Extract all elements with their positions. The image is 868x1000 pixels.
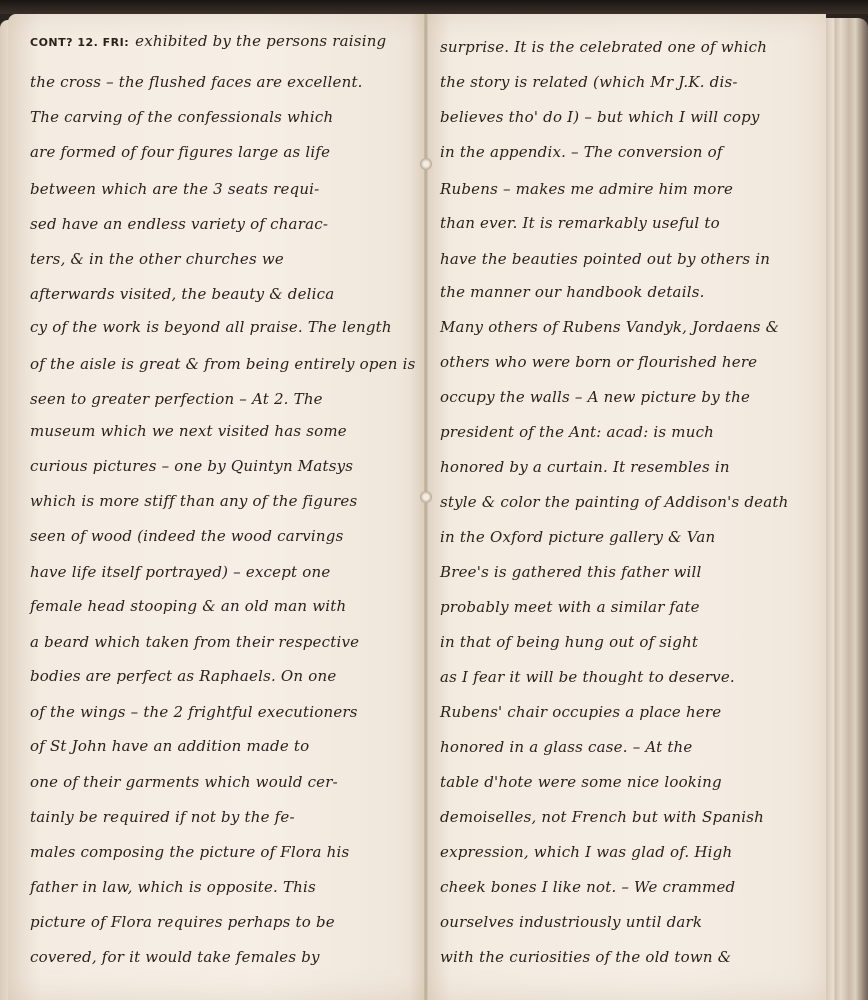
- text-line: bodies are perfect as Raphaels. On one: [30, 667, 336, 685]
- text-line: ourselves industriously until dark: [440, 913, 702, 931]
- right-page-edges: [826, 18, 868, 1000]
- text-line: Many others of Rubens Vandyk, Jordaens &: [440, 318, 779, 336]
- text-line: others who were born or flourished here: [440, 353, 757, 371]
- text-line: seen of wood (indeed the wood carvings: [30, 527, 344, 545]
- text-line: cy of the work is beyond all praise. The…: [30, 318, 392, 336]
- binding-stitch: [420, 491, 432, 503]
- text-line: president of the Ant: acad: is much: [440, 423, 714, 441]
- text-line: table d'hote were some nice looking: [440, 773, 722, 791]
- text-line: in the Oxford picture gallery & Van: [440, 528, 715, 546]
- entry-date-heading: CONT? 12. FRI:: [30, 36, 129, 49]
- text-line: cheek bones I like not. – We crammed: [440, 878, 735, 896]
- text-line: which is more stiff than any of the figu…: [30, 492, 357, 510]
- text-line: with the curiosities of the old town &: [440, 948, 731, 966]
- text-line: museum which we next visited has some: [30, 422, 347, 440]
- text-line: between which are the 3 seats requi-: [30, 180, 319, 198]
- text-line: The carving of the confessionals which: [30, 108, 333, 126]
- text-line: female head stooping & an old man with: [30, 597, 346, 615]
- text-line: tainly be required if not by the fe-: [30, 808, 295, 826]
- text-line: honored by a curtain. It resembles in: [440, 458, 730, 476]
- text-line: have life itself portrayed) – except one: [30, 563, 330, 581]
- text-line: in the appendix. – The conversion of: [440, 143, 723, 161]
- text-line: style & color the painting of Addison's …: [440, 493, 788, 511]
- text-line: than ever. It is remarkably useful to: [440, 214, 720, 232]
- text-line: the story is related (which Mr J.K. dis-: [440, 73, 738, 91]
- text-line: have the beauties pointed out by others …: [440, 250, 770, 268]
- text-line: CONT? 12. FRI:exhibited by the persons r…: [30, 32, 386, 50]
- text-line: Rubens' chair occupies a place here: [440, 703, 721, 721]
- text-line-content: exhibited by the persons raising: [135, 32, 386, 50]
- text-line: ters, & in the other churches we: [30, 250, 284, 268]
- text-line: covered, for it would take females by: [30, 948, 320, 966]
- text-line: Rubens – makes me admire him more: [440, 180, 733, 198]
- text-line: males composing the picture of Flora his: [30, 843, 349, 861]
- text-line: of the wings – the 2 frightful execution…: [30, 703, 358, 721]
- text-line: sed have an endless variety of charac-: [30, 215, 328, 233]
- text-line: honored in a glass case. – At the: [440, 738, 693, 756]
- text-line: in that of being hung out of sight: [440, 633, 698, 651]
- text-line: believes tho' do I) – but which I will c…: [440, 108, 760, 126]
- text-line: one of their garments which would cer-: [30, 773, 338, 791]
- text-line: of St John have an addition made to: [30, 737, 309, 755]
- text-line: the manner our handbook details.: [440, 283, 705, 301]
- text-line: a beard which taken from their respectiv…: [30, 633, 359, 651]
- text-line: as I fear it will be thought to deserve.: [440, 668, 735, 686]
- text-line: curious pictures – one by Quintyn Matsys: [30, 457, 353, 475]
- binding-stitch: [420, 158, 432, 170]
- text-line: occupy the walls – A new picture by the: [440, 388, 750, 406]
- text-line: probably meet with a similar fate: [440, 598, 700, 616]
- text-line: Bree's is gathered this father will: [440, 563, 702, 581]
- text-line: picture of Flora requires perhaps to be: [30, 913, 335, 931]
- text-line: afterwards visited, the beauty & delica: [30, 285, 334, 303]
- text-line: of the aisle is great & from being entir…: [30, 355, 415, 373]
- text-line: father in law, which is opposite. This: [30, 878, 316, 896]
- text-line: expression, which I was glad of. High: [440, 843, 732, 861]
- text-line: surprise. It is the celebrated one of wh…: [440, 38, 767, 56]
- text-line: are formed of four figures large as life: [30, 143, 330, 161]
- text-line: demoiselles, not French but with Spanish: [440, 808, 764, 826]
- text-line: the cross – the flushed faces are excell…: [30, 73, 363, 91]
- text-line: seen to greater perfection – At 2. The: [30, 390, 323, 408]
